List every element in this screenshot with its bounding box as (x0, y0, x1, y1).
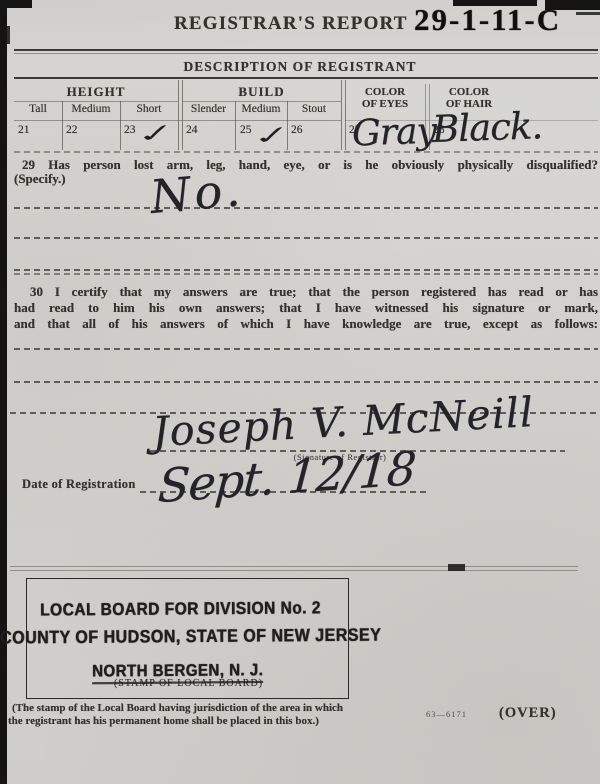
cell-26: 26 (291, 124, 303, 136)
num-23: 23 (124, 124, 136, 136)
table-bottom-rule (14, 151, 598, 153)
eyes-value-handwriting: Gray (351, 111, 436, 155)
certification-text-1: I certify that my answers are true; that… (55, 284, 598, 299)
answer-line-1 (14, 207, 598, 209)
eyes-group-header: COLOR OF EYES (345, 86, 425, 110)
stamp-section-rule-a (10, 566, 578, 567)
description-heading: DESCRIPTION OF REGISTRANT (0, 59, 600, 75)
table-top-rule (14, 77, 598, 79)
question-29-answer-handwriting: No. (148, 162, 246, 224)
divider-height-build-b (182, 80, 183, 150)
divider-build-eyes-b (345, 80, 346, 150)
cell-22: 22 (66, 124, 78, 136)
scan-mark-top-right (576, 12, 600, 15)
num-26: 26 (291, 124, 303, 136)
divider-build-eyes-a (341, 80, 342, 150)
exception-line-1 (14, 348, 598, 350)
check-mark-short: ✓ (135, 119, 178, 149)
num-24: 24 (186, 124, 198, 136)
col-header-medium1: Medium (62, 103, 120, 115)
section-divider-a (14, 269, 598, 271)
question-29-specify: (Specify.) (14, 171, 66, 187)
col-header-tall: Tall (14, 103, 62, 115)
certification-line3: and that all of his answers of which I h… (14, 316, 598, 332)
scan-smudge-left (0, 26, 10, 44)
certification-line1: 30 I certify that my answers are true; t… (30, 284, 598, 300)
cell-24: 24 (186, 124, 198, 136)
header-rule-bottom (14, 53, 598, 54)
exception-line-2 (14, 381, 598, 383)
registration-date-label: Date of Registration (22, 477, 136, 492)
form-number: 63—6171 (426, 709, 467, 719)
ink-blot (448, 564, 465, 571)
section-divider-b (14, 273, 598, 275)
eyes-header-line1: COLOR (345, 86, 425, 98)
col-header-medium2: Medium (235, 103, 287, 115)
question-30-number: 30 (30, 284, 43, 299)
cell-23: 23✓ (124, 124, 136, 136)
footer-note-line1: (The stamp of the Local Board having jur… (12, 702, 343, 714)
build-group-header: BUILD (182, 84, 341, 100)
stamp-section-rule-b (10, 570, 578, 571)
board-stamp-line3: NORTH BERGEN, N. J. (92, 661, 263, 685)
num-22: 22 (66, 124, 78, 136)
over-label: (OVER) (499, 705, 557, 722)
question-29: 29 Has person lost arm, leg, hand, eye, … (22, 157, 598, 173)
scan-edge-left (0, 0, 7, 784)
hair-header-line1: COLOR (429, 86, 509, 98)
num-21: 21 (18, 124, 30, 136)
build-subrule (182, 101, 341, 102)
page-title: REGISTRAR'S REPORT (174, 13, 408, 35)
height-group-header: HEIGHT (14, 84, 178, 100)
cell-21: 21 (18, 124, 30, 136)
registrar-report-card: REGISTRAR'S REPORT 29-1-11-C DESCRIPTION… (0, 0, 600, 784)
col-header-short: Short (120, 103, 178, 115)
divider-height-build-a (178, 80, 179, 150)
question-29-number: 29 (22, 157, 35, 172)
board-stamp-line2: COUNTY OF HUDSON, STATE OF NEW JERSEY (0, 626, 381, 649)
col-header-slender: Slender (182, 103, 235, 115)
certification-line2: had read to him his own answers; that I … (14, 300, 598, 316)
col-header-stout: Stout (287, 103, 341, 115)
question-29-text: Has person lost arm, leg, hand, eye, or … (48, 157, 598, 172)
eyes-header-line2: OF EYES (345, 98, 425, 110)
cell-25: 25✓ (240, 124, 252, 136)
header-rule-top (14, 49, 598, 51)
scan-smudge-top-left (0, 0, 32, 8)
height-subrule (14, 101, 178, 102)
footer-note-line2: the registrant has his permanent home sh… (8, 715, 319, 727)
serial-number-stamp: 29-1-11-C (414, 2, 561, 38)
answer-line-2 (14, 237, 598, 239)
board-stamp-line1: LOCAL BOARD FOR DIVISION No. 2 (40, 599, 321, 621)
hair-value-handwriting: Black. (431, 104, 542, 151)
